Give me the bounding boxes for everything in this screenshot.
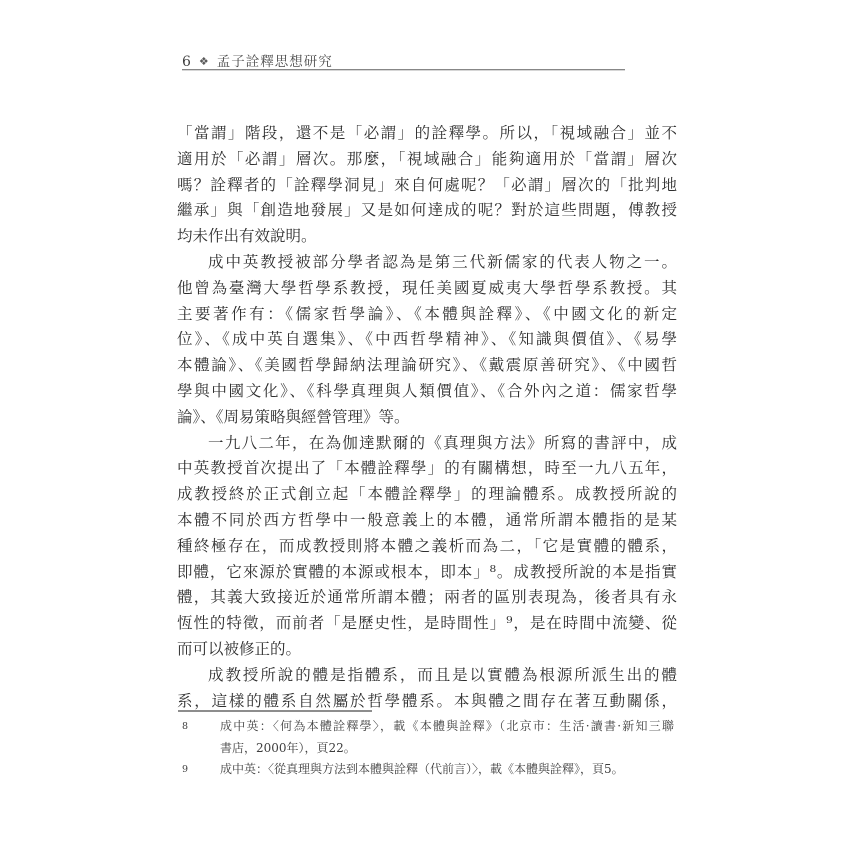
text-line: 位》、《成中英自選集》、《中西哲學精神》、《知識與價值》、《易學 bbox=[177, 327, 677, 353]
footnote-number: 9 bbox=[182, 759, 220, 781]
header-rule bbox=[182, 69, 625, 71]
footnotes: 8 成中英：〈何為本體詮釋學〉，載《本體與詮釋》（北京市：生活·讀書·新知三聯 … bbox=[182, 716, 674, 781]
text-line: 適用於「必謂」層次。那麼，「視域融合」能夠適用於「當謂」層次 bbox=[177, 147, 677, 173]
text-line: 均未作出有效說明。 bbox=[177, 224, 677, 250]
footnote-text: 成中英：〈何為本體詮釋學〉，載《本體與詮釋》（北京市：生活·讀書·新知三聯 書店… bbox=[220, 716, 674, 759]
text-line: 主要著作有：《儒家哲學論》、《本體與詮釋》、《中國文化的新定 bbox=[177, 302, 677, 328]
text-line: 學與中國文化》、《科學真理與人類價值》、《合外內之道：儒家哲學 bbox=[177, 379, 677, 405]
text-line: 他曾為臺灣大學哲學系教授，現任美國夏威夷大學哲學系教授。其 bbox=[177, 276, 677, 302]
diamond-ornament-icon: ❖ bbox=[199, 55, 210, 68]
text-line: 本體論》、《美國哲學歸納法理論研究》、《戴震原善研究》、《中國哲 bbox=[177, 353, 677, 379]
page-number: 6 bbox=[182, 54, 192, 70]
text-line: 種終極存在，而成教授則將本體之義析而為二，「它是實體的體系， bbox=[177, 534, 677, 560]
text-line: 中英教授首次提出了「本體詮釋學」的有關構想，時至一九八五年， bbox=[177, 456, 677, 482]
text-line: 體，其義大致接近於通常所謂本體；兩者的區別表現為，後者具有永 bbox=[177, 585, 677, 611]
footnote: 8 成中英：〈何為本體詮釋學〉，載《本體與詮釋》（北京市：生活·讀書·新知三聯 … bbox=[182, 716, 674, 759]
text-line: 「當謂」階段，還不是「必謂」的詮釋學。所以，「視域融合」並不 bbox=[177, 121, 677, 147]
footnote: 9 成中英：〈從真理與方法到本體與詮釋（代前言）〉，載《本體與詮釋》，頁5。 bbox=[182, 759, 674, 781]
text-line: 一九八二年，在為伽達默爾的《真理與方法》所寫的書評中，成 bbox=[177, 431, 677, 457]
footnote-separator bbox=[178, 710, 372, 712]
page-header: 6 ❖ 孟子詮釋思想研究 bbox=[182, 50, 682, 70]
footnote-line: 成中英：〈從真理與方法到本體與詮釋（代前言）〉，載《本體與詮釋》，頁5。 bbox=[220, 759, 674, 781]
text-line: 成教授終於正式創立起「本體詮釋學」的理論體系。成教授所說的 bbox=[177, 482, 677, 508]
body-text: 「當謂」階段，還不是「必謂」的詮釋學。所以，「視域融合」並不 適用於「必謂」層次… bbox=[177, 121, 677, 714]
text-line: 本體不同於西方哲學中一般意義上的本體，通常所謂本體指的是某 bbox=[177, 508, 677, 534]
text-line: 嗎？詮釋者的「詮釋學洞見」來自何處呢？「必謂」層次的「批判地 bbox=[177, 173, 677, 199]
book-title: 孟子詮釋思想研究 bbox=[217, 50, 333, 70]
text-line: 繼承」與「創造地發展」又是如何達成的呢？對於這些問題，傅教授 bbox=[177, 198, 677, 224]
text-line: 成教授所說的體是指體系，而且是以實體為根源所派生出的體 bbox=[177, 663, 677, 689]
text-line: 而可以被修正的。 bbox=[177, 637, 677, 663]
text-line: 即體，它來源於實體的本源或根本，即本」⁸。成教授所說的本是指實 bbox=[177, 560, 677, 586]
text-line: 論》、《周易策略與經營管理》等。 bbox=[177, 405, 677, 431]
text-line: 成中英教授被部分學者認為是第三代新儒家的代表人物之一。 bbox=[177, 250, 677, 276]
footnote-number: 8 bbox=[182, 716, 220, 738]
footnote-line: 書店，2000年），頁22。 bbox=[220, 738, 674, 760]
footnote-text: 成中英：〈從真理與方法到本體與詮釋（代前言）〉，載《本體與詮釋》，頁5。 bbox=[220, 759, 674, 781]
footnote-line: 成中英：〈何為本體詮釋學〉，載《本體與詮釋》（北京市：生活·讀書·新知三聯 bbox=[220, 716, 674, 738]
book-page: 6 ❖ 孟子詮釋思想研究 「當謂」階段，還不是「必謂」的詮釋學。所以，「視域融合… bbox=[0, 0, 850, 850]
text-line: 恆性的特徵，而前者「是歷史性，是時間性」⁹，是在時間中流變、從 bbox=[177, 611, 677, 637]
